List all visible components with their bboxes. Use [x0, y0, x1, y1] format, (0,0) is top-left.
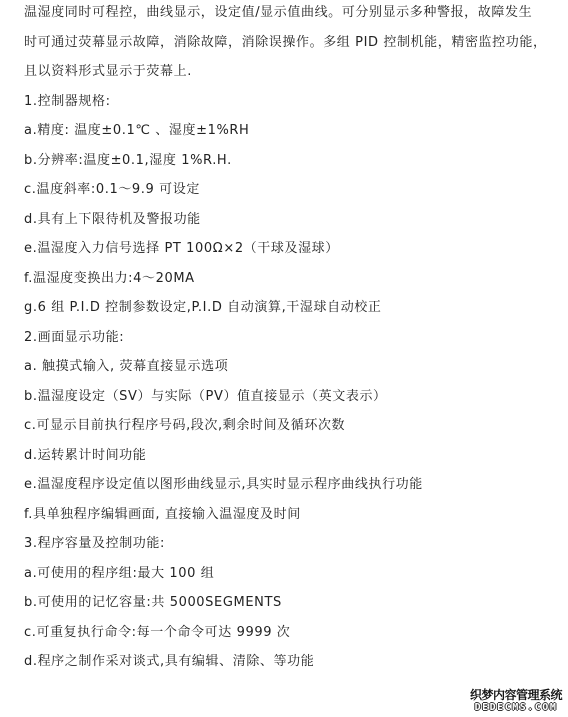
display-item: d.运转累计时间功能 — [24, 445, 564, 475]
section-heading-controller-spec: 1.控制器规格: — [24, 91, 564, 121]
watermark-logo: 织梦内容管理系统 DEDECMS.COM — [470, 689, 562, 713]
watermark-cn-text: 织梦内容管理系统 — [470, 689, 562, 701]
spec-item: a.精度: 温度±0.1℃ 、湿度±1%RH — [24, 120, 564, 150]
intro-line-2: 时可通过荧幕显示故障，消除故障，消除误操作。多组 PID 控制机能，精密监控功能… — [24, 32, 564, 62]
document-body: 温湿度同时可程控，曲线显示，设定值/显示值曲线。可分别显示多种警报，故障发生 时… — [24, 2, 564, 681]
capacity-item: a.可使用的程序组:最大 100 组 — [24, 563, 564, 593]
capacity-item: b.可使用的记忆容量:共 5000SEGMENTS — [24, 592, 564, 622]
display-item: f.具单独程序编辑画面, 直接输入温湿度及时间 — [24, 504, 564, 534]
display-item: c.可显示目前执行程序号码,段次,剩余时间及循环次数 — [24, 415, 564, 445]
spec-item: c.温度斜率:0.1～9.9 可设定 — [24, 179, 564, 209]
capacity-item: d.程序之制作采对谈式,具有编辑、清除、等功能 — [24, 651, 564, 681]
spec-item: e.温湿度入力信号选择 PT 100Ω×2（干球及湿球） — [24, 238, 564, 268]
display-item: a. 触摸式输入, 荧幕直接显示选项 — [24, 356, 564, 386]
display-item: b.温湿度设定（SV）与实际（PV）值直接显示（英文表示） — [24, 386, 564, 416]
section-heading-program-capacity: 3.程序容量及控制功能: — [24, 533, 564, 563]
watermark-en-text: DEDECMS.COM — [470, 703, 562, 713]
spec-item: g.6 组 P.I.D 控制参数设定,P.I.D 自动演算,干湿球自动校正 — [24, 297, 564, 327]
display-item: e.温湿度程序设定值以图形曲线显示,具实时显示程序曲线执行功能 — [24, 474, 564, 504]
intro-line-1: 温湿度同时可程控，曲线显示，设定值/显示值曲线。可分别显示多种警报，故障发生 — [24, 2, 564, 32]
capacity-item: c.可重复执行命令:每一个命令可达 9999 次 — [24, 622, 564, 652]
spec-item: b.分辨率:温度±0.1,湿度 1%R.H. — [24, 150, 564, 180]
spec-item: d.具有上下限待机及警报功能 — [24, 209, 564, 239]
section-heading-display-functions: 2.画面显示功能: — [24, 327, 564, 357]
intro-line-3: 且以资料形式显示于荧幕上. — [24, 61, 564, 91]
spec-item: f.温湿度变换出力:4～20MA — [24, 268, 564, 298]
